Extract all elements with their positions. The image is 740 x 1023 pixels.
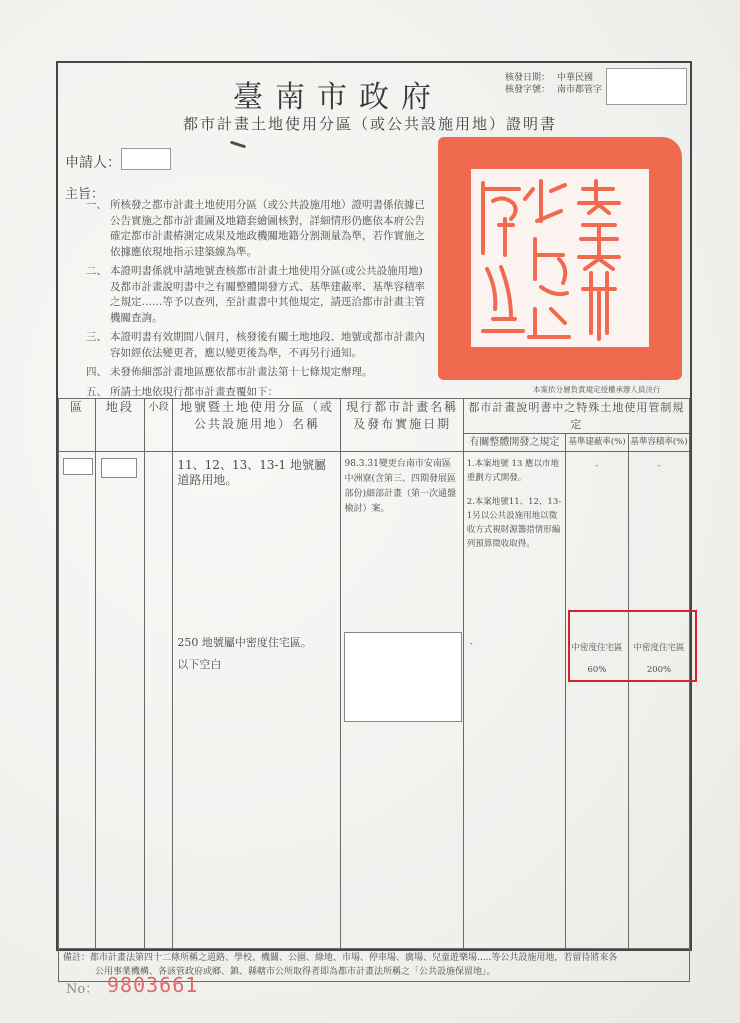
header-far: 基準容積率(%) <box>628 434 689 452</box>
parcel-road-text: 11、12、13、13-1 地號屬道路用地。 <box>177 458 336 488</box>
seal-note: 本案依分層負責規定授權承辦人員決行 <box>533 384 661 395</box>
plan-cell: 98.3.31變更台南市安南區中洲寮(含第三、四期發展區部份)細部計畫（第一次通… <box>341 452 463 949</box>
far-dash: - <box>629 460 689 473</box>
parcel-residential-text: 250 地號屬中密度住宅區。 <box>177 632 312 654</box>
header-district: 區 <box>59 399 96 452</box>
applicant-label: 申請人： <box>65 152 121 172</box>
header-development: 有關整體開發之規定 <box>463 434 565 452</box>
subject-items: 一、所核發之都市計畫土地使用分區（或公共設施用地）證明書係依據已公告實施之都市計… <box>86 198 426 404</box>
header-special-rules: 都市計畫說明書中之特殊土地使用管制規定 <box>463 399 689 434</box>
header-section: 地段 <box>95 399 144 452</box>
header-coverage: 基準建蔽率(%) <box>566 434 629 452</box>
development-rule-1: 1.本案地號 13 應以市地重劃方式開發。 <box>467 457 562 485</box>
section-cell <box>95 452 144 949</box>
issue-no-value: 南市都管字 <box>557 84 602 96</box>
red-highlight-box <box>568 610 697 682</box>
issue-date-label: 核發日期： <box>505 72 557 84</box>
subject-item: 四、未發佈細部計畫地區應依都市計畫法第十七條規定辦理。 <box>86 365 426 381</box>
seal-script-icon <box>471 169 649 347</box>
redacted-section <box>101 458 137 478</box>
table-header-row: 區 地段 小段 地號暨土地使用分區（或公共設施用地）名稱 現行都市計畫名稱及發布… <box>59 399 690 434</box>
coverage-cell: - 中密度住宅區 60% <box>566 452 629 949</box>
issue-info: 核發日期：中華民國 核發字號：南市都管字 <box>505 72 602 96</box>
note-line-1: 都市計畫法第四十二條所稱之道路、學校、機關、公園、綠地、市場、停車場、廣場、兒童… <box>90 953 617 963</box>
document-subtitle: 都市計畫土地使用分區（或公共設施用地）證明書 <box>183 113 557 134</box>
redacted-plan-box <box>344 632 462 722</box>
redacted-district <box>63 458 93 475</box>
serial-label: No： <box>66 978 98 997</box>
issue-date-value: 中華民國 <box>557 72 593 84</box>
blank-below-text: 以下空白 <box>177 654 312 676</box>
district-cell <box>59 452 96 949</box>
development-cell: 1.本案地號 13 應以市地重劃方式開發。 2.本案地號11、12、13-1另以… <box>463 452 565 949</box>
far-cell: - 中密度住宅區 200% <box>628 452 689 949</box>
redacted-issue-box <box>606 68 687 105</box>
subject-item: 三、本證明書有效期間八個月，核發後有關土地地段、地號或都市計畫內容如經依法變更者… <box>86 330 426 361</box>
header-parcel-zone: 地號暨土地使用分區（或公共設施用地）名稱 <box>173 399 341 452</box>
zoning-table: 區 地段 小段 地號暨土地使用分區（或公共設施用地）名稱 現行都市計畫名稱及發布… <box>58 398 690 982</box>
subject-item: 一、所核發之都市計畫土地使用分區（或公共設施用地）證明書係依據已公告實施之都市計… <box>86 198 426 260</box>
serial-number: 9803661 <box>107 973 198 997</box>
development-dash: - <box>470 637 473 651</box>
official-seal <box>438 137 682 380</box>
document-title: 臺南市政府 <box>233 72 443 116</box>
redacted-applicant-box <box>121 148 171 170</box>
coverage-dash: - <box>566 460 628 473</box>
header-plan-name: 現行都市計畫名稱及發布實施日期 <box>341 399 463 452</box>
plan-name-text: 98.3.31變更台南市安南區中洲寮(含第三、四期發展區部份)細部計畫（第一次通… <box>344 457 459 517</box>
development-rule-2: 2.本案地號11、12、13-1另以公共設施用地以徵收方式視財源籌措情形編列預算… <box>467 495 562 551</box>
header-subsection: 小段 <box>144 399 173 452</box>
issue-no-label: 核發字號： <box>505 84 557 96</box>
parcel-zone-cell: 11、12、13、13-1 地號屬道路用地。 250 地號屬中密度住宅區。 以下… <box>173 452 341 949</box>
note-label: 備註： <box>63 953 90 963</box>
subject-item: 二、本證明書係就申請地號查核都市計畫土地使用分區(或公共設施用地)及都市計畫說明… <box>86 264 426 326</box>
table-row: 11、12、13、13-1 地號屬道路用地。 250 地號屬中密度住宅區。 以下… <box>59 452 690 949</box>
subsection-cell <box>144 452 173 949</box>
